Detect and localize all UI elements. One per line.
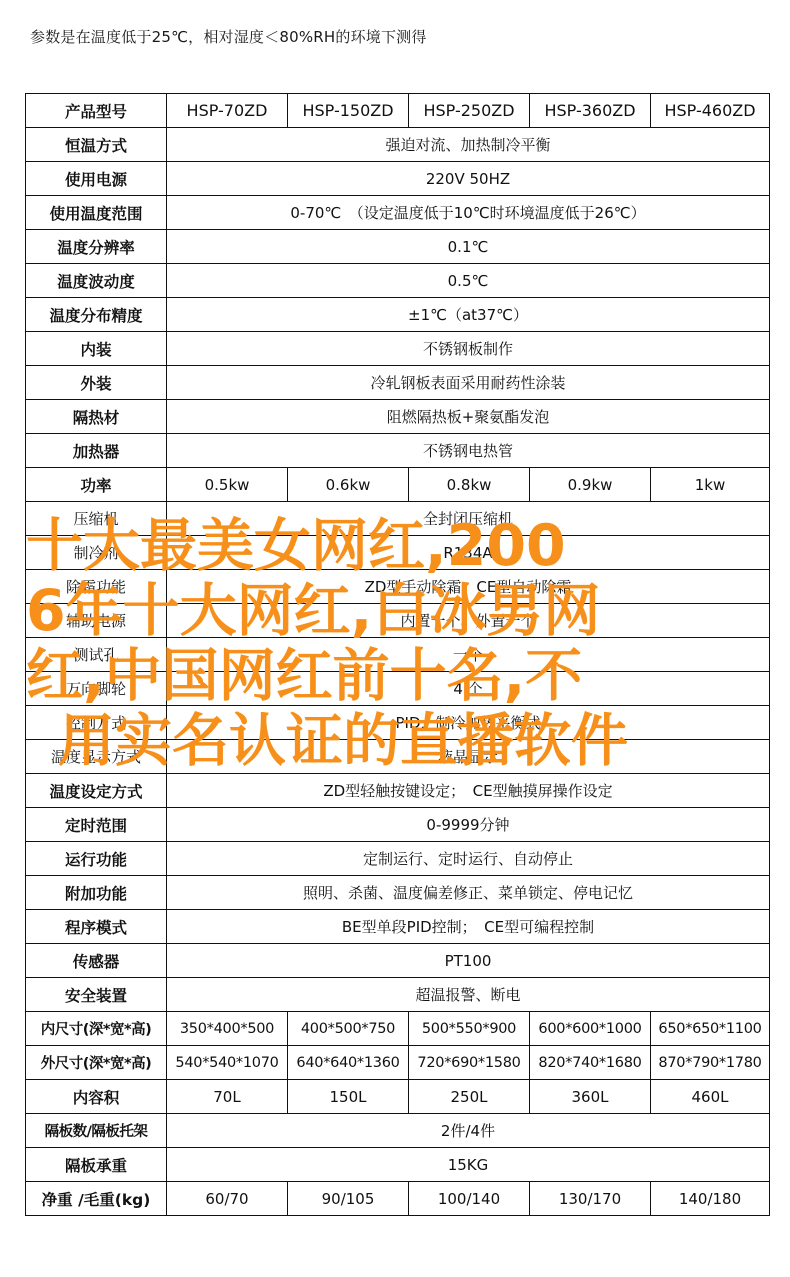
model-name: HSP-460ZD — [651, 94, 770, 128]
table-row: 温度分辨率0.1℃ — [26, 230, 770, 264]
table-header-row: 产品型号 HSP-70ZD HSP-150ZD HSP-250ZD HSP-36… — [26, 94, 770, 128]
cell-value: 820*740*1680 — [530, 1046, 651, 1080]
table-row: 安全装置超温报警、断电 — [26, 978, 770, 1012]
header-label: 产品型号 — [26, 94, 167, 128]
row-label: 附加功能 — [26, 876, 167, 910]
model-name: HSP-250ZD — [409, 94, 530, 128]
cell-value: 870*790*1780 — [651, 1046, 770, 1080]
table-row: 附加功能照明、杀菌、温度偏差修正、菜单锁定、停电记忆 — [26, 876, 770, 910]
table-row: 制冷剂R134A — [26, 536, 770, 570]
row-value: 冷轧钢板表面采用耐药性涂装 — [167, 366, 770, 400]
cell-value: 0.8kw — [409, 468, 530, 502]
cell-value: 0.5kw — [167, 468, 288, 502]
cell-value: 640*640*1360 — [288, 1046, 409, 1080]
row-value: 不锈钢电热管 — [167, 434, 770, 468]
table-row-power: 功率 0.5kw 0.6kw 0.8kw 0.9kw 1kw — [26, 468, 770, 502]
table-row: 除霜功能ZD型手动除霜；CE型自动除霜 — [26, 570, 770, 604]
row-label: 除霜功能 — [26, 570, 167, 604]
row-value: 液晶显示 — [167, 740, 770, 774]
cell-value: 60/70 — [167, 1182, 288, 1216]
row-value: ZD型轻触按键设定； CE型触摸屏操作设定 — [167, 774, 770, 808]
row-value: 强迫对流、加热制冷平衡 — [167, 128, 770, 162]
table-row: 程序模式BE型单段PID控制； CE型可编程控制 — [26, 910, 770, 944]
cell-value: 1kw — [651, 468, 770, 502]
row-label: 安全装置 — [26, 978, 167, 1012]
table-row: 隔板数/隔板托架2件/4件 — [26, 1114, 770, 1148]
table-row: 隔热材阻燃隔热板+聚氨酯发泡 — [26, 400, 770, 434]
cell-value: 100/140 — [409, 1182, 530, 1216]
row-label: 压缩机 — [26, 502, 167, 536]
row-label: 使用电源 — [26, 162, 167, 196]
cell-value: 90/105 — [288, 1182, 409, 1216]
table-row-volume: 内容积 70L 150L 250L 360L 460L — [26, 1080, 770, 1114]
row-value: 0-9999分钟 — [167, 808, 770, 842]
row-value: 内置一个、外置一个 — [167, 604, 770, 638]
row-label: 传感器 — [26, 944, 167, 978]
cell-value: 650*650*1100 — [651, 1012, 770, 1046]
row-value: 220V 50HZ — [167, 162, 770, 196]
row-label: 内容积 — [26, 1080, 167, 1114]
cell-value: 460L — [651, 1080, 770, 1114]
cell-value: 0.6kw — [288, 468, 409, 502]
row-value: 定制运行、定时运行、自动停止 — [167, 842, 770, 876]
cell-value: 70L — [167, 1080, 288, 1114]
row-label: 温度分辨率 — [26, 230, 167, 264]
row-label: 使用温度范围 — [26, 196, 167, 230]
row-label: 外装 — [26, 366, 167, 400]
row-value: 不锈钢板制作 — [167, 332, 770, 366]
table-row: 定时范围0-9999分钟 — [26, 808, 770, 842]
row-label: 内尺寸(深*宽*高) — [26, 1012, 167, 1046]
cell-value: 540*540*1070 — [167, 1046, 288, 1080]
cell-value: 130/170 — [530, 1182, 651, 1216]
row-label: 加热器 — [26, 434, 167, 468]
row-label: 运行功能 — [26, 842, 167, 876]
spec-table: 产品型号 HSP-70ZD HSP-150ZD HSP-250ZD HSP-36… — [25, 93, 770, 1216]
row-value: 15KG — [167, 1148, 770, 1182]
row-value: 全封闭压缩机 — [167, 502, 770, 536]
table-row: 运行功能定制运行、定时运行、自动停止 — [26, 842, 770, 876]
cell-value: 140/180 — [651, 1182, 770, 1216]
table-row: 使用温度范围0-70℃ （设定温度低于10℃时环境温度低于26℃） — [26, 196, 770, 230]
table-row: 温度显示方式液晶显示 — [26, 740, 770, 774]
row-label: 隔板承重 — [26, 1148, 167, 1182]
model-name: HSP-360ZD — [530, 94, 651, 128]
model-name: HSP-150ZD — [288, 94, 409, 128]
table-row: 辅助电源内置一个、外置一个 — [26, 604, 770, 638]
row-label: 内装 — [26, 332, 167, 366]
table-row: 隔板承重15KG — [26, 1148, 770, 1182]
table-row: 恒温方式强迫对流、加热制冷平衡 — [26, 128, 770, 162]
row-label: 测试孔 — [26, 638, 167, 672]
row-label: 温度显示方式 — [26, 740, 167, 774]
table-row-inner-dimensions: 内尺寸(深*宽*高) 350*400*500 400*500*750 500*5… — [26, 1012, 770, 1046]
row-value: 0.5℃ — [167, 264, 770, 298]
row-label: 隔板数/隔板托架 — [26, 1114, 167, 1148]
row-value: 一个 — [167, 638, 770, 672]
cell-value: 350*400*500 — [167, 1012, 288, 1046]
table-row: 测试孔一个 — [26, 638, 770, 672]
table-row-outer-dimensions: 外尺寸(深*宽*高) 540*540*1070 640*640*1360 720… — [26, 1046, 770, 1080]
row-value: 阻燃隔热板+聚氨酯发泡 — [167, 400, 770, 434]
table-row: 温度波动度0.5℃ — [26, 264, 770, 298]
measurement-conditions-caption: 参数是在温度低于25℃，相对湿度＜80%RH的环境下测得 — [30, 26, 427, 47]
cell-value: 500*550*900 — [409, 1012, 530, 1046]
cell-value: 250L — [409, 1080, 530, 1114]
row-label: 功率 — [26, 468, 167, 502]
row-label: 外尺寸(深*宽*高) — [26, 1046, 167, 1080]
cell-value: 360L — [530, 1080, 651, 1114]
row-label: 万向脚轮 — [26, 672, 167, 706]
row-label: 定时范围 — [26, 808, 167, 842]
table-row: 传感器PT100 — [26, 944, 770, 978]
row-label: 制冷剂 — [26, 536, 167, 570]
row-value: 照明、杀菌、温度偏差修正、菜单锁定、停电记忆 — [167, 876, 770, 910]
table-row: 温度设定方式ZD型轻触按键设定； CE型触摸屏操作设定 — [26, 774, 770, 808]
row-value: 0.1℃ — [167, 230, 770, 264]
row-label: 净重 /毛重(kg) — [26, 1182, 167, 1216]
row-label: 温度设定方式 — [26, 774, 167, 808]
row-value: ZD型手动除霜；CE型自动除霜 — [167, 570, 770, 604]
row-value: BE型单段PID控制； CE型可编程控制 — [167, 910, 770, 944]
row-value: R134A — [167, 536, 770, 570]
cell-value: 400*500*750 — [288, 1012, 409, 1046]
row-value: PT100 — [167, 944, 770, 978]
cell-value: 0.9kw — [530, 468, 651, 502]
row-label: 温度分布精度 — [26, 298, 167, 332]
row-value: 超温报警、断电 — [167, 978, 770, 1012]
cell-value: 720*690*1580 — [409, 1046, 530, 1080]
row-label: 程序模式 — [26, 910, 167, 944]
row-label: 恒温方式 — [26, 128, 167, 162]
row-value: 2件/4件 — [167, 1114, 770, 1148]
row-value: 0-70℃ （设定温度低于10℃时环境温度低于26℃） — [167, 196, 770, 230]
cell-value: 150L — [288, 1080, 409, 1114]
table-row: 内装不锈钢板制作 — [26, 332, 770, 366]
cell-value: 600*600*1000 — [530, 1012, 651, 1046]
row-label: 控制方式 — [26, 706, 167, 740]
row-label: 温度波动度 — [26, 264, 167, 298]
table-row: 加热器不锈钢电热管 — [26, 434, 770, 468]
model-name: HSP-70ZD — [167, 94, 288, 128]
table-row: 控制方式PID，制冷加热平衡式 — [26, 706, 770, 740]
table-row: 压缩机全封闭压缩机 — [26, 502, 770, 536]
row-value: ±1℃（at37℃） — [167, 298, 770, 332]
row-label: 隔热材 — [26, 400, 167, 434]
table-row: 使用电源220V 50HZ — [26, 162, 770, 196]
row-value: PID，制冷加热平衡式 — [167, 706, 770, 740]
row-value: 4 个 — [167, 672, 770, 706]
row-label: 辅助电源 — [26, 604, 167, 638]
table-row-weight: 净重 /毛重(kg) 60/70 90/105 100/140 130/170 … — [26, 1182, 770, 1216]
table-row: 温度分布精度±1℃（at37℃） — [26, 298, 770, 332]
table-row: 外装冷轧钢板表面采用耐药性涂装 — [26, 366, 770, 400]
table-row: 万向脚轮4 个 — [26, 672, 770, 706]
